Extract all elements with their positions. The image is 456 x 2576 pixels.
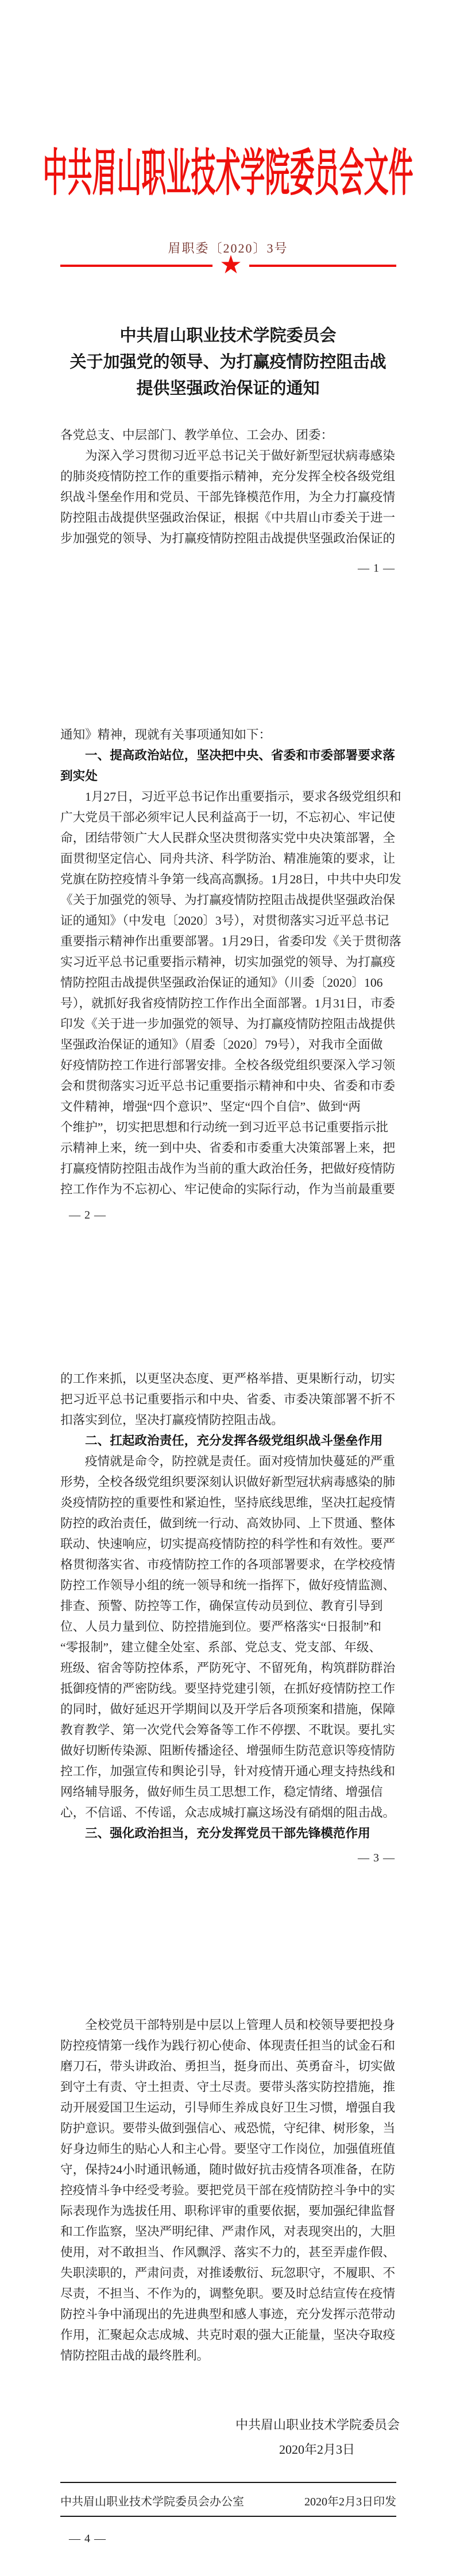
body-line: 广大党员干部必须牢记人民利益高于一切，不忘初心、牢记使 [60,807,401,828]
body-line: 排查、预警、防控等工作，确保宣传动员到位、教育引导到 [60,1596,401,1616]
body-line: 情防控阻击战提供坚强政治保证的通知》（川委〔2020〕106 [60,972,401,993]
body-line: 联动、快速响应，切实提高疫情防控的科学性和有效性。要严 [60,1534,401,1554]
page-number: — 4 — [69,2531,106,2547]
body-line: 一、提高政治站位，坚决把中央、省委和市委部署要求落 [60,745,401,766]
body-line: 的工作来抓，以更坚决态度、更严格举措、更果断行动，切实 [60,1368,401,1389]
page-number: — 2 — [69,1207,106,1223]
body-line: 印发《关于进一步加强党的领导、为打赢疫情防控阻击战提供 [60,1014,401,1034]
body-line: 二、扛起政治责任，充分发挥各级党组织战斗堡垒作用 [60,1430,401,1451]
document-title-line: 提供坚强政治保证的通知 [0,375,456,402]
page4-body: 全校党员干部特别是中层以上管理人员和校领导要把投身防控疫情第一线作为践行初心使命… [60,2015,401,2366]
footer-office: 中共眉山职业技术学院委员会办公室 [60,2492,244,2509]
body-line: 到守土有责、守土担责、守土尽责。要带头落实防控措施，推 [60,2077,401,2097]
page-number: — 3 — [358,1850,395,1866]
red-star-icon: ★ [217,251,245,280]
body-line: 心，不信谣、不传谣，众志成城打赢这场没有硝烟的阻击战。 [60,1802,401,1823]
body-line: 的同时，做好延迟开学期间以及开学后各项预案和措施，保障 [60,1699,401,1720]
document-title-line: 关于加强党的领导、为打赢疫情防控阻击战 [0,349,456,375]
body-line: 磨刀石，带头讲政治、勇担当，挺身而出、英勇奋斗，切实做 [60,2056,401,2077]
body-line: 作用，汇聚起众志成城、共克时艰的强大正能量，坚决夺取疫 [60,2325,401,2345]
page2-body: 通知》精神，现就有关事项通知如下：一、提高政治站位，坚决把中央、省委和市委部署要… [60,724,401,1200]
body-line: 号），就抓好我省疫情防控工作作出全面部署。1月31日，市委 [60,993,401,1014]
body-line: 的肺炎疫情防控工作的重要指示精神，充分发挥全校各级党组 [60,466,401,487]
body-line: 守，保持24小时通讯畅通，随时做好抗击疫情各项准备，在防 [60,2159,401,2180]
body-line: 1月27日，习近平总书记作出重要指示，要求各级党组织和 [60,786,401,807]
body-line: 织战斗堡垒作用和党员、干部先锋模范作用，为全力打赢疫情 [60,487,401,507]
footer-divider-bottom [60,2516,396,2517]
body-line: 防控阻击战提供坚强政治保证，根据《中共眉山市委关于进一 [60,507,401,528]
body-line: 全校党员干部特别是中层以上管理人员和校领导要把投身 [60,2015,401,2035]
salutation-line: 各党总支、中层部门、教学单位、工会办、团委： [60,425,401,445]
body-line: 位、人员力量到位、防控措施到位。要严格落实“日报制”和 [60,1616,401,1637]
body-line: 教育教学、第一次党代会筹备等工作不停摆、不耽误。要扎实 [60,1720,401,1740]
red-divider-line-left [60,265,212,267]
body-line: 《关于加强党的领导、为打赢疫情防控阻击战提供坚强政治保 [60,890,401,910]
salutation: 各党总支、中层部门、教学单位、工会办、团委： [60,425,401,445]
body-line: 疫情就是命令，防控就是责任。面对疫情加快蔓延的严重 [60,1451,401,1472]
body-line: 和工作监察，坚决严明纪律、严肃作风，对表现突出的，大胆 [60,2221,401,2242]
footer-print-date: 2020年2月3日印发 [304,2492,396,2509]
body-line: 格贯彻落实省、市疫情防控工作的各项部署要求，在学校疫情 [60,1554,401,1575]
body-line: 重要指示精神作出重要部署。1月29日，省委印发《关于贯彻落 [60,931,401,952]
body-line: 好身边师生的贴心人和主心骨。要坚守工作岗位，加强值班值 [60,2139,401,2159]
body-line: 文件精神，增强“四个意识”、坚定“四个自信”、做到“两 [60,1096,401,1117]
body-line: 实习近平总书记重要指示精神，切实加强党的领导、为打赢疫 [60,952,401,972]
signature-organization: 中共眉山职业技术学院委员会 [235,2415,399,2435]
red-header-banner: 中共眉山职业技术学院委员会文件 [0,148,456,202]
body-line: 炎疫情防控的重要性和紧迫性，坚持底线思维，坚决扛起疫情 [60,1492,401,1513]
body-line: 防控疫情第一线作为践行初心使命、体现责任担当的试金石和 [60,2035,401,2056]
body-line: 防控工作领导小组的统一领导和统一指挥下，做好疫情监测、 [60,1575,401,1596]
body-line: 个维护”，切实把思想和行动统一到习近平总书记重要指示批 [60,1117,401,1138]
body-line: 际表现作为选拔任用、职称评审的重要依据，要加强纪律监督 [60,2201,401,2221]
body-line: 步加强党的领导、为打赢疫情防控阻击战提供坚强政治保证的 [60,528,401,549]
body-line: 示精神上来，统一到中央、省委和市委重大决策部署上来，把 [60,1138,401,1158]
body-line: 控疫情斗争中经受考验。要把党员干部在疫情防控斗争中的实 [60,2180,401,2201]
body-line: 抵御疫情的严密防线。要坚持党建引领，在抓好疫情防控工作 [60,1678,401,1699]
document-title: 中共眉山职业技术学院委员会关于加强党的领导、为打赢疫情防控阻击战提供坚强政治保证… [0,323,456,402]
body-line: 好疫情防控工作进行部署安排。全校各级党组织要深入学习领 [60,1055,401,1076]
red-divider-line-right [249,265,396,267]
body-line: 使用，对不敢担当、作风飘浮、落实不力的，甚至弄虚作假、 [60,2242,401,2263]
body-line: 把习近平总书记重要指示和中央、省委、市委决策部署不折不 [60,1389,401,1410]
footer-row: 中共眉山职业技术学院委员会办公室 2020年2月3日印发 [60,2492,396,2508]
signature-date: 2020年2月3日 [235,2439,399,2460]
body-line: 会和贯彻落实习近平总书记重要指示精神和中央、省委和市委 [60,1076,401,1096]
body-line: 打赢疫情防控阻击战作为当前的重大政治任务，把做好疫情防 [60,1158,401,1179]
page1-body: 为深入学习贯彻习近平总书记关于做好新型冠状病毒感染的肺炎疫情防控工作的重要指示精… [60,445,401,549]
body-line: 通知》精神，现就有关事项通知如下： [60,724,401,745]
body-line: 三、强化政治担当，充分发挥党员干部先锋模范作用 [60,1823,401,1844]
body-line: 班级、宿舍等防控体系，严防死守、不留死角，构筑群防群治 [60,1658,401,1678]
page-number: — 1 — [358,560,395,576]
body-line: 情防控阻击战的最终胜利。 [60,2345,401,2366]
body-line: “零报制”，建立健全处室、系部、党总支、党支部、年级、 [60,1637,401,1658]
body-line: 动开展爱国卫生运动，引导师生养成良好卫生习惯，增强自我 [60,2097,401,2118]
body-line: 党旗在防控疫情斗争第一线高高飘扬。1月28日，中共中央印发 [60,869,401,890]
body-line: 做好切断传染源、阻断传播途径、增强师生防范意识等疫情防 [60,1740,401,1761]
body-line: 坚强政治保证的通知》（眉委〔2020〕79号），对我市全面做 [60,1034,401,1055]
scanned-official-document: 中共眉山职业技术学院委员会文件 眉职委〔2020〕3号 ★ 中共眉山职业技术学院… [0,0,456,2576]
body-line: 防控的政治责任，做到统一行动、高效协同、上下贯通、整体 [60,1513,401,1534]
body-line: 防控斗争中涌现出的先进典型和感人事迹，充分发挥示范带动 [60,2304,401,2325]
page3-body: 的工作来抓，以更坚决态度、更严格举措、更果断行动，切实把习近平总书记重要指示和中… [60,1368,401,1844]
body-line: 控工作作为不忘初心、牢记使命的实际行动，作为当前最重要 [60,1179,401,1200]
body-line: 尽责，不担当、不作为的，调整免职。要及时总结宣传在疫情 [60,2283,401,2304]
body-line: 面贯彻坚定信心、同舟共济、科学防治、精准施策的要求，让 [60,848,401,869]
body-line: 命，团结带领广大人民群众坚决贯彻落实党中央决策部署，全 [60,828,401,848]
body-line: 为深入学习贯彻习近平总书记关于做好新型冠状病毒感染 [60,445,401,466]
body-line: 证的通知》（中发电〔2020〕3号），对贯彻落实习近平总书记 [60,910,401,931]
body-line: 到实处 [60,766,401,786]
body-line: 失职渎职的，严肃问责，对推诿敷衍、玩忽职守，不履职、不 [60,2263,401,2283]
body-line: 控工作，加强宣传和舆论引导，针对疫情开通心理支持热线和 [60,1761,401,1782]
body-line: 网络辅导服务，做好师生员工思想工作，稳定情绪、增强信 [60,1782,401,1802]
footer-divider-top [60,2482,396,2483]
body-line: 扣落实到位，坚决打赢疫情防控阻击战。 [60,1410,401,1430]
body-line: 形势，全校各级党组织要深刻认识做好新型冠状病毒感染的肺 [60,1472,401,1492]
body-line: 防护意识。要带头做到强信心、戒恐慌，守纪律、树形象，当 [60,2118,401,2139]
document-title-line: 中共眉山职业技术学院委员会 [0,323,456,349]
